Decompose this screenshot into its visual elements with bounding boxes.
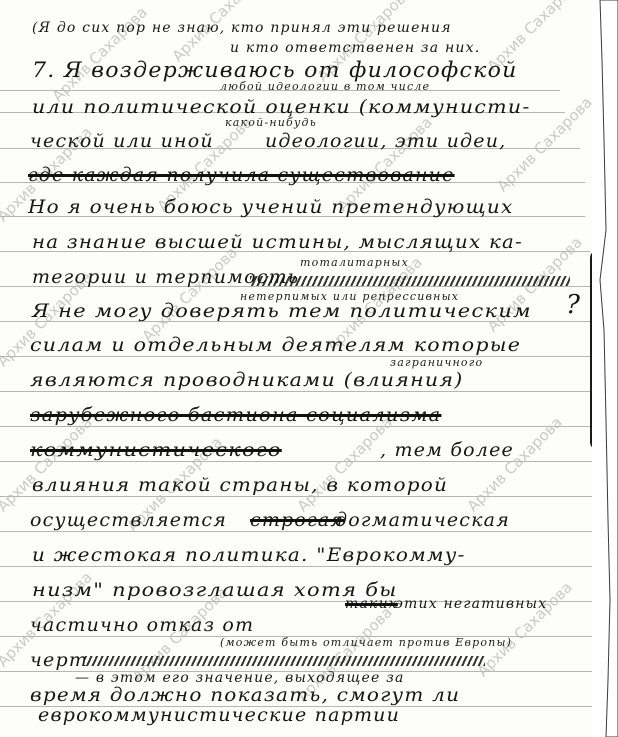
manuscript-page: Архив Сахарова Архив Сахарова Архив Саха…	[0, 0, 618, 737]
text-line: черт	[30, 649, 88, 671]
insertion: какой-нибудь	[225, 116, 317, 129]
text-line: и кто ответственен за них.	[230, 40, 480, 56]
watermark: Архив Сахарова	[464, 413, 566, 515]
watermark: Архив Сахарова	[139, 243, 241, 345]
text-line: 7. Я воздерживаюсь от философской	[32, 58, 518, 82]
insertion: этих негативных	[395, 596, 547, 612]
struck-text-line: зарубежного бастиона социализма	[30, 404, 441, 426]
scribbled-out-text	[250, 276, 570, 286]
watermark: Архив Сахарова	[0, 413, 96, 515]
watermark: Архив Сахарова	[474, 578, 576, 680]
ruled-line	[0, 566, 595, 567]
text-line: силам и отдельным деятелям которые	[30, 334, 521, 356]
text-line: являются проводниками (влияния)	[30, 369, 464, 391]
text-line: осуществляется	[30, 509, 227, 531]
text-line: влияния такой страны, в которой	[32, 474, 448, 496]
text-line: ческой или иной	[30, 130, 214, 152]
insertion: заграничного	[390, 356, 483, 369]
struck-word: таких	[345, 596, 398, 612]
text-line: (Я до сих пор не знаю, кто принял эти ре…	[32, 20, 452, 36]
text-line: Но я очень боюсь учений претендующих	[28, 196, 513, 218]
scribbled-out-text	[85, 656, 485, 666]
struck-word: строгая	[250, 509, 344, 531]
insertion: (может быть отличает против Европы)	[220, 636, 512, 649]
text-line: Я не могу доверять тем политическим	[32, 300, 532, 322]
text-line: еврокоммунистические партии	[38, 704, 400, 726]
watermark: Архив Сахарова	[294, 413, 396, 515]
torn-paper-edge	[592, 0, 618, 737]
text-line: частично отказ от	[30, 614, 254, 636]
ruled-line	[0, 531, 595, 532]
ruled-line	[0, 356, 595, 357]
text-line: низм" провозглашая хотя бы	[32, 579, 398, 601]
insertion: любой идеологии в том числе	[220, 80, 430, 93]
text-line: догматическая	[335, 509, 510, 531]
insertion: тоталитарных	[300, 256, 409, 269]
text-line: , тем более	[380, 439, 514, 461]
struck-text-line: где каждая получила существование	[28, 164, 455, 186]
margin-question-mark: ?	[566, 290, 580, 320]
text-line: время должно показать, смогут ли	[30, 684, 460, 706]
text-line: и жестокая политика. "Еврокомму-	[32, 544, 466, 566]
ruled-line	[0, 391, 595, 392]
text-line: на знание высшей истины, мыслящих ка-	[32, 231, 523, 253]
text-line: идеологии, эти идеи,	[265, 130, 506, 152]
text-line: или политической оценки (коммунисти-	[32, 96, 531, 118]
struck-text-line: коммунистического	[30, 439, 282, 461]
